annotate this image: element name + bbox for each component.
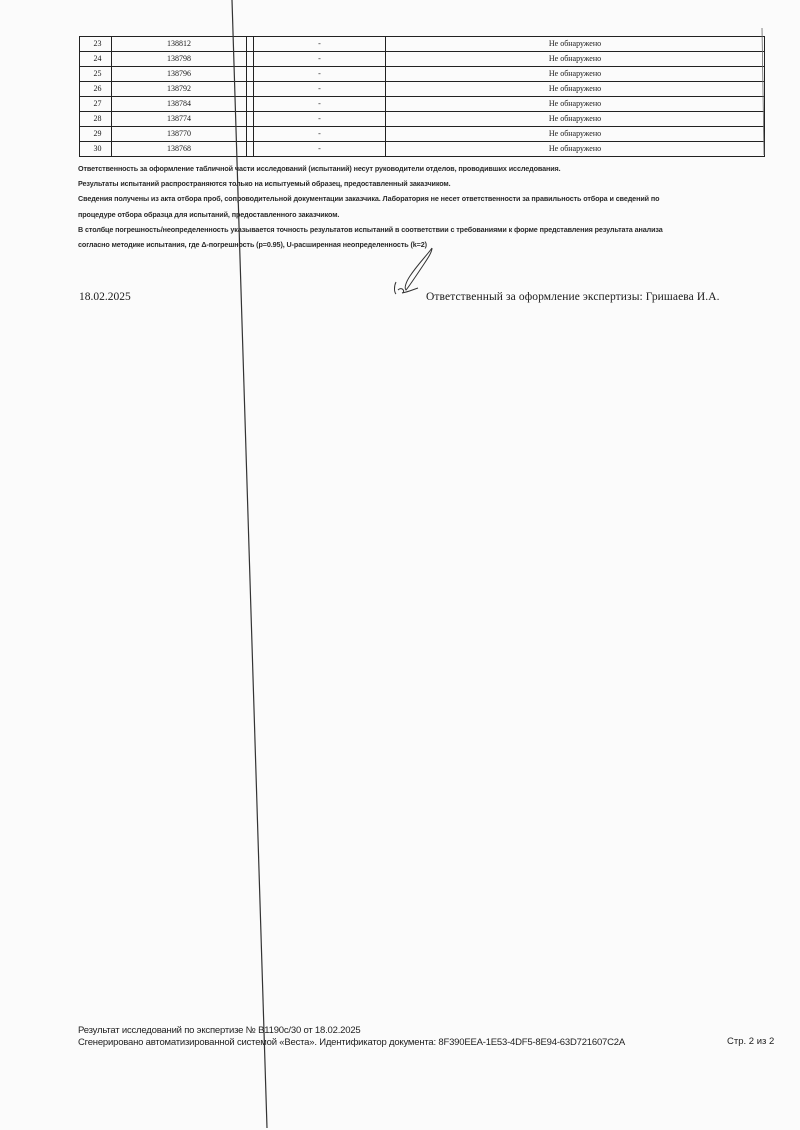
table-row: 26138792-Не обнаружено	[80, 82, 765, 97]
note-responsibility: Ответственность за оформление табличной …	[78, 161, 768, 176]
result-cell: Не обнаружено	[386, 142, 765, 157]
table-row: 24138798-Не обнаружено	[80, 52, 765, 67]
spacer-cell	[247, 37, 254, 52]
footer-generated-by: Сгенерировано автоматизированной системо…	[78, 1037, 625, 1049]
row-number: 26	[80, 82, 112, 97]
table-row: 23138812-Не обнаружено	[80, 37, 765, 52]
sample-code: 138812	[112, 37, 247, 52]
table-row: 30138768-Не обнаружено	[80, 142, 765, 157]
sample-code: 138770	[112, 127, 247, 142]
row-number: 23	[80, 37, 112, 52]
spacer-cell	[247, 67, 254, 82]
row-number: 29	[80, 127, 112, 142]
spacer-cell	[247, 97, 254, 112]
spacer-cell	[247, 142, 254, 157]
spacer-cell	[247, 52, 254, 67]
uncertainty-cell: -	[254, 82, 386, 97]
uncertainty-cell: -	[254, 37, 386, 52]
sample-code: 138768	[112, 142, 247, 157]
row-number: 24	[80, 52, 112, 67]
uncertainty-cell: -	[254, 112, 386, 127]
page-number: Стр. 2 из 2	[727, 1036, 774, 1047]
notes-block: Ответственность за оформление табличной …	[78, 161, 768, 252]
uncertainty-cell: -	[254, 52, 386, 67]
uncertainty-cell: -	[254, 127, 386, 142]
uncertainty-cell: -	[254, 67, 386, 82]
table-row: 27138784-Не обнаружено	[80, 97, 765, 112]
sample-code: 138784	[112, 97, 247, 112]
result-cell: Не обнаружено	[386, 82, 765, 97]
spacer-cell	[247, 127, 254, 142]
row-number: 28	[80, 112, 112, 127]
signature-date: 18.02.2025	[79, 291, 131, 303]
footer-expertise-ref: Результат исследований по экспертизе № В…	[78, 1025, 625, 1037]
note-sampling-1: Сведения получены из акта отбора проб, с…	[78, 191, 768, 206]
table-row: 29138770-Не обнаружено	[80, 127, 765, 142]
table-row: 25138796-Не обнаружено	[80, 67, 765, 82]
table-row: 28138774-Не обнаружено	[80, 112, 765, 127]
result-cell: Не обнаружено	[386, 67, 765, 82]
result-cell: Не обнаружено	[386, 127, 765, 142]
result-cell: Не обнаружено	[386, 52, 765, 67]
result-cell: Не обнаружено	[386, 37, 765, 52]
note-sampling-2: процедуре отбора образца для испытаний, …	[78, 207, 768, 222]
row-number: 27	[80, 97, 112, 112]
result-cell: Не обнаружено	[386, 112, 765, 127]
sample-code: 138798	[112, 52, 247, 67]
result-cell: Не обнаружено	[386, 97, 765, 112]
uncertainty-cell: -	[254, 142, 386, 157]
note-scope: Результаты испытаний распространяются то…	[78, 176, 768, 191]
row-number: 30	[80, 142, 112, 157]
responsible-person: Ответственный за оформление экспертизы: …	[426, 291, 720, 303]
sample-code: 138792	[112, 82, 247, 97]
note-uncertainty-1: В столбце погрешность/неопределенность у…	[78, 222, 768, 237]
results-table: 23138812-Не обнаружено24138798-Не обнару…	[79, 36, 765, 157]
sample-code: 138796	[112, 67, 247, 82]
document-page: 23138812-Не обнаружено24138798-Не обнару…	[0, 0, 800, 1130]
spacer-cell	[247, 82, 254, 97]
footer: Результат исследований по экспертизе № В…	[78, 1025, 625, 1048]
sample-code: 138774	[112, 112, 247, 127]
spacer-cell	[247, 112, 254, 127]
uncertainty-cell: -	[254, 97, 386, 112]
row-number: 25	[80, 67, 112, 82]
